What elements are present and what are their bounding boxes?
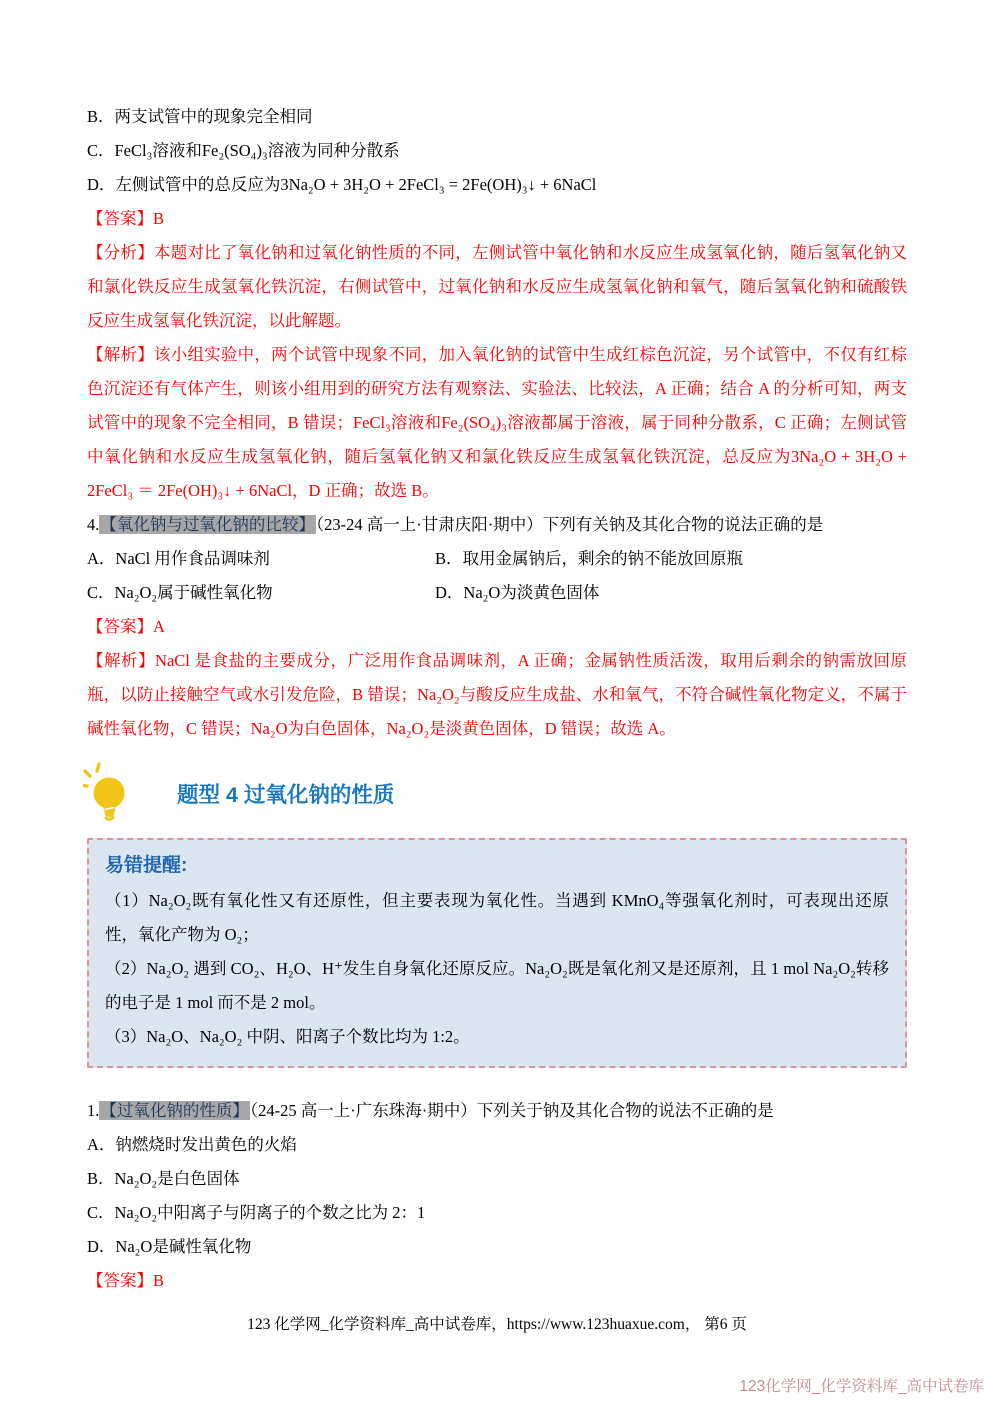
option-b: B．Na₂O₂是白色固体: [87, 1162, 907, 1196]
question-4-answer-line: 【答案】A: [87, 610, 907, 644]
tip-box: 易错提醒: （1）Na₂O₂既有氧化性又有还原性，但主要表现为氧化性。当遇到 K…: [87, 838, 907, 1068]
analysis-label: 【分析】: [87, 243, 154, 262]
question-number: 1.: [87, 1101, 99, 1120]
tip-item-3: （3）Na₂O、Na₂O₂ 中阴、阳离子个数比均为 1:2。: [105, 1020, 889, 1054]
question-topic-tag: 【过氧化钠的性质】: [99, 1101, 250, 1120]
lightbulb-icon: [83, 762, 129, 828]
prev-explanation: 【解析】该小组实验中，两个试管中现象不同，加入氧化钠的试管中生成红棕色沉淀，另个…: [87, 338, 907, 508]
answer-value: B: [153, 1271, 164, 1290]
prev-answer-line: 【答案】B: [87, 202, 907, 236]
document-page: B．两支试管中的现象完全相同 C．FeCl₃溶液和Fe₂(SO₄)₃溶液为同种分…: [0, 0, 993, 1336]
option-b: B．取用金属钠后，剩余的钠不能放回原瓶: [435, 542, 907, 576]
prev-option-b: B．两支试管中的现象完全相同: [87, 100, 907, 134]
answer-value: B: [153, 209, 164, 228]
tip-item-2: （2）Na₂O₂ 遇到 CO₂、H₂O、H⁺发生自身氧化还原反应。Na₂O₂既是…: [105, 952, 889, 1020]
explain-text: 该小组实验中，两个试管中现象不同，加入氧化钠的试管中生成红棕色沉淀，另个试管中，…: [87, 345, 907, 500]
option-c: C．Na₂O₂中阳离子与阴离子的个数之比为 2：1: [87, 1196, 907, 1230]
site-watermark: 123化学网_化学资料库_高中试卷库: [739, 1374, 984, 1396]
question-1-block: 1.【过氧化钠的性质】（24-25 高一上·广东珠海·期中）下列关于钠及其化合物…: [87, 1094, 907, 1298]
question-4-stem: 4.【氧化钠与过氧化钠的比较】（23-24 高一上·甘肃庆阳·期中）下列有关钠及…: [87, 508, 907, 542]
option-a: A．NaCl 用作食品调味剂: [87, 542, 435, 576]
answer-label: 【答案】: [87, 209, 153, 228]
question-4-explanation: 【解析】NaCl 是食盐的主要成分，广泛用作食品调味剂，A 正确；金属钠性质活泼…: [87, 644, 907, 746]
answer-label: 【答案】: [87, 617, 153, 636]
prev-analysis: 【分析】本题对比了氧化钠和过氧化钠性质的不同，左侧试管中氧化钠和水反应生成氢氧化…: [87, 236, 907, 338]
prev-option-c: C．FeCl₃溶液和Fe₂(SO₄)₃溶液为同种分散系: [87, 134, 907, 168]
option-d: D．Na₂O是碱性氧化物: [87, 1230, 907, 1264]
explain-label: 【解析】: [87, 651, 155, 670]
question-4-options-row-1: A．NaCl 用作食品调味剂 B．取用金属钠后，剩余的钠不能放回原瓶: [87, 542, 907, 576]
question-stem-text: （24-25 高一上·广东珠海·期中）下列关于钠及其化合物的说法不正确的是: [250, 1101, 774, 1120]
question-stem-text: （23-24 高一上·甘肃庆阳·期中）下列有关钠及其化合物的说法正确的是: [316, 515, 823, 534]
option-a: A．钠燃烧时发出黄色的火焰: [87, 1128, 907, 1162]
topic-header: 题型 4 过氧化钠的性质: [87, 762, 907, 828]
page-footer: 123 化学网_化学资料库_高中试卷库，https://www.123huaxu…: [87, 1314, 907, 1336]
explain-text: NaCl 是食盐的主要成分，广泛用作食品调味剂，A 正确；金属钠性质活泼，取用后…: [87, 651, 907, 738]
question-number: 4.: [87, 515, 99, 534]
tip-box-title: 易错提醒:: [105, 848, 889, 884]
question-topic-tag: 【氧化钠与过氧化钠的比较】: [99, 515, 316, 534]
prev-option-d: D．左侧试管中的总反应为3Na₂O + 3H₂O + 2FeCl₃ = 2Fe(…: [87, 168, 907, 202]
topic-title: 题型 4 过氧化钠的性质: [177, 778, 394, 812]
analysis-text: 本题对比了氧化钠和过氧化钠性质的不同，左侧试管中氧化钠和水反应生成氢氧化钠，随后…: [87, 243, 907, 330]
question-4-options-row-2: C．Na₂O₂属于碱性氧化物 D．Na₂O为淡黄色固体: [87, 576, 907, 610]
tip-item-1: （1）Na₂O₂既有氧化性又有还原性，但主要表现为氧化性。当遇到 KMnO₄等强…: [105, 884, 889, 952]
option-d: D．Na₂O为淡黄色固体: [435, 576, 907, 610]
explain-label: 【解析】: [87, 345, 154, 364]
question-1-answer-line: 【答案】B: [87, 1264, 907, 1298]
answer-label: 【答案】: [87, 1271, 153, 1290]
question-1-stem: 1.【过氧化钠的性质】（24-25 高一上·广东珠海·期中）下列关于钠及其化合物…: [87, 1094, 907, 1128]
answer-value: A: [153, 617, 165, 636]
option-c: C．Na₂O₂属于碱性氧化物: [87, 576, 435, 610]
